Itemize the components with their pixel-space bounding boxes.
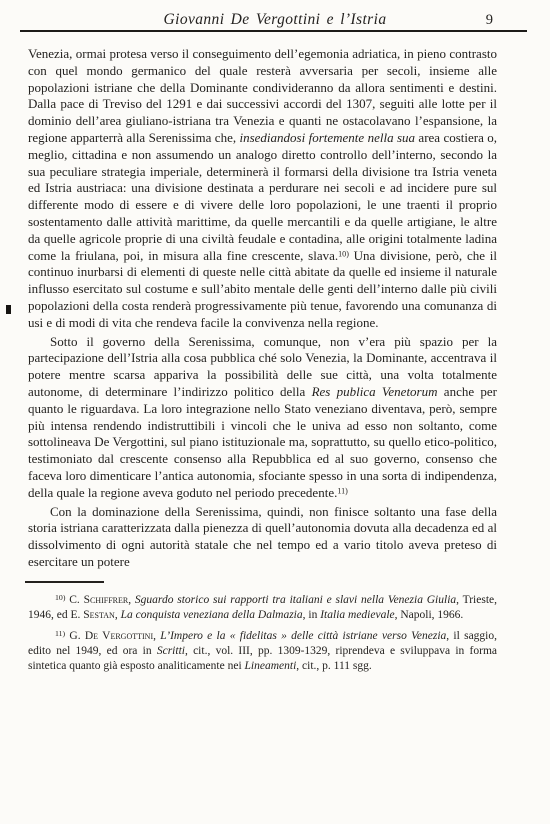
- work-title: Scritti: [157, 645, 185, 657]
- text-run: anche per quanto le riguardava. La loro …: [28, 384, 497, 500]
- body-text: Venezia, ormai protesa verso il consegui…: [28, 46, 497, 571]
- text-run: , in: [303, 609, 321, 621]
- paragraph-1: Venezia, ormai protesa verso il consegui…: [28, 46, 497, 332]
- page-header: Giovanni De Vergottini e l’Istria 9: [0, 0, 550, 29]
- work-title: L’Impero e la « fidelitas » delle città …: [160, 630, 446, 642]
- text-run-italic: Res publica Venetorum: [312, 384, 438, 399]
- footnotes: 10) C. Schiffrer, Sguardo storico sui ra…: [28, 593, 497, 675]
- footnote-ref-10: 10): [338, 249, 349, 258]
- footnote-marker-11: 11): [55, 628, 65, 637]
- header-rule: [20, 30, 527, 32]
- paragraph-3: Con la dominazione della Serenissima, qu…: [28, 504, 497, 571]
- footnote-ref-11: 11): [337, 486, 347, 495]
- text-run: Con la dominazione della Serenissima, qu…: [28, 504, 497, 569]
- text-run: , Napoli, 1966.: [395, 609, 464, 621]
- text-run: G.: [65, 630, 85, 642]
- footnote-11: 11) G. De Vergottini, L’Impero e la « fi…: [28, 629, 497, 675]
- author-name: Schiffrer: [84, 594, 129, 606]
- author-name: Sestan: [83, 609, 115, 621]
- author-name: De Vergottini: [85, 630, 153, 642]
- margin-ink-mark: [6, 305, 11, 314]
- footnote-separator: [25, 581, 104, 583]
- work-title: La conquista veneziana della Dalmazia: [121, 609, 303, 621]
- footnote-10: 10) C. Schiffrer, Sguardo storico sui ra…: [28, 593, 497, 624]
- work-title: Sguardo storico sui rapporti tra italian…: [135, 594, 456, 606]
- text-run: ,: [128, 594, 135, 606]
- text-run: , cit., p. 111 sgg.: [296, 660, 372, 672]
- page-number: 9: [486, 12, 493, 29]
- text-run-italic: insediandosi fortemente nella sua: [239, 130, 415, 145]
- work-title: Italia medievale: [320, 609, 394, 621]
- paragraph-2: Sotto il governo della Serenissima, comu…: [28, 334, 497, 502]
- footnote-marker-10: 10): [55, 593, 65, 602]
- running-title: Giovanni De Vergottini e l’Istria: [0, 0, 550, 29]
- text-run: C.: [65, 594, 83, 606]
- work-title: Lineamenti: [245, 660, 297, 672]
- book-page: Giovanni De Vergottini e l’Istria 9 Vene…: [0, 0, 550, 824]
- text-run: area costiera o, meglio, cittadina e non…: [28, 130, 497, 263]
